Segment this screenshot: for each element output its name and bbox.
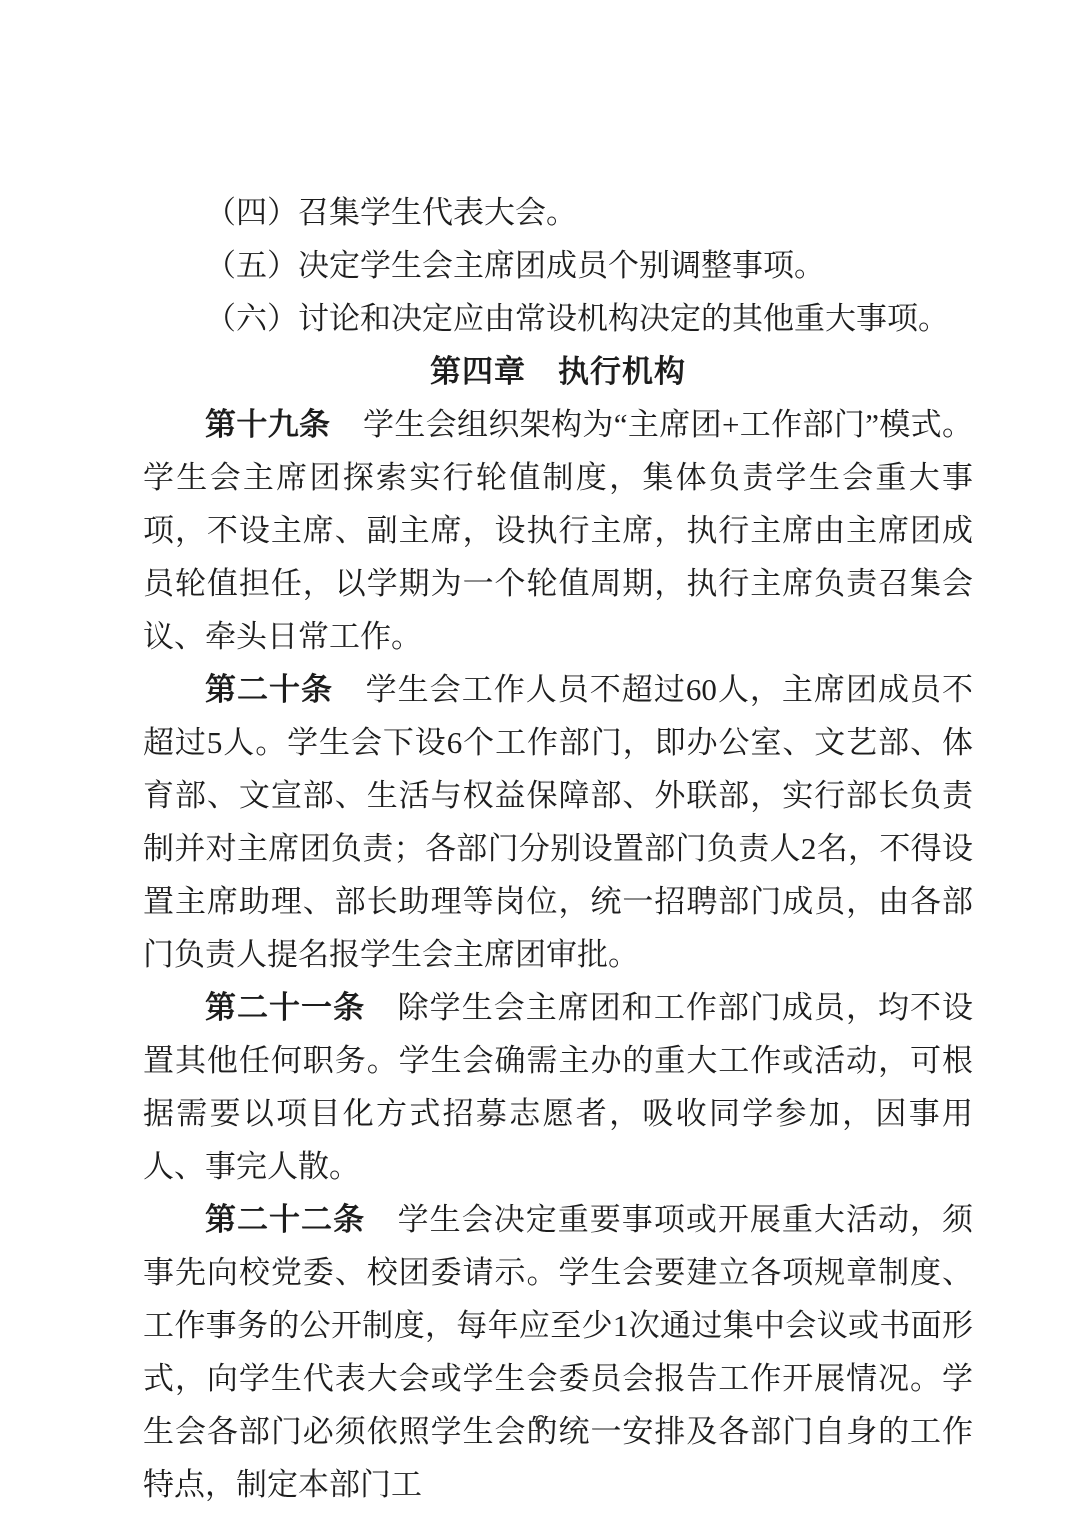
article-21-number: 第二十一条 <box>205 990 365 1025</box>
article-19-text: 学生会组织架构为“主席团+工作部门”模式。学生会主席团探索实行轮值制度，集体负责… <box>143 407 973 654</box>
article-20: 第二十条学生会工作人员不超过60人，主席团成员不超过5人。学生会下设6个工作部门… <box>143 663 973 981</box>
document-page: （四）召集学生代表大会。 （五）决定学生会主席团成员个别调整事项。 （六）讨论和… <box>0 0 1080 1527</box>
article-22: 第二十二条学生会决定重要事项或开展重大活动，须事先向校党委、校团委请示。学生会要… <box>143 1193 973 1511</box>
chapter-heading: 第四章 执行机构 <box>143 345 973 398</box>
article-22-number: 第二十二条 <box>205 1202 365 1237</box>
article-22-text: 学生会决定重要事项或开展重大活动，须事先向校党委、校团委请示。学生会要建立各项规… <box>143 1202 973 1502</box>
list-item-4: （四）召集学生代表大会。 <box>143 186 973 239</box>
article-19-number: 第十九条 <box>205 407 330 442</box>
document-body: （四）召集学生代表大会。 （五）决定学生会主席团成员个别调整事项。 （六）讨论和… <box>143 186 973 1511</box>
article-19: 第十九条学生会组织架构为“主席团+工作部门”模式。学生会主席团探索实行轮值制度，… <box>143 398 973 663</box>
list-item-5: （五）决定学生会主席团成员个别调整事项。 <box>143 239 973 292</box>
article-20-number: 第二十条 <box>205 672 333 707</box>
article-21: 第二十一条除学生会主席团和工作部门成员，均不设置其他任何职务。学生会确需主办的重… <box>143 981 973 1193</box>
list-item-6: （六）讨论和决定应由常设机构决定的其他重大事项。 <box>143 292 973 345</box>
article-20-text: 学生会工作人员不超过60人，主席团成员不超过5人。学生会下设6个工作部门，即办公… <box>143 672 973 972</box>
page-number: 6 <box>0 1410 1080 1436</box>
